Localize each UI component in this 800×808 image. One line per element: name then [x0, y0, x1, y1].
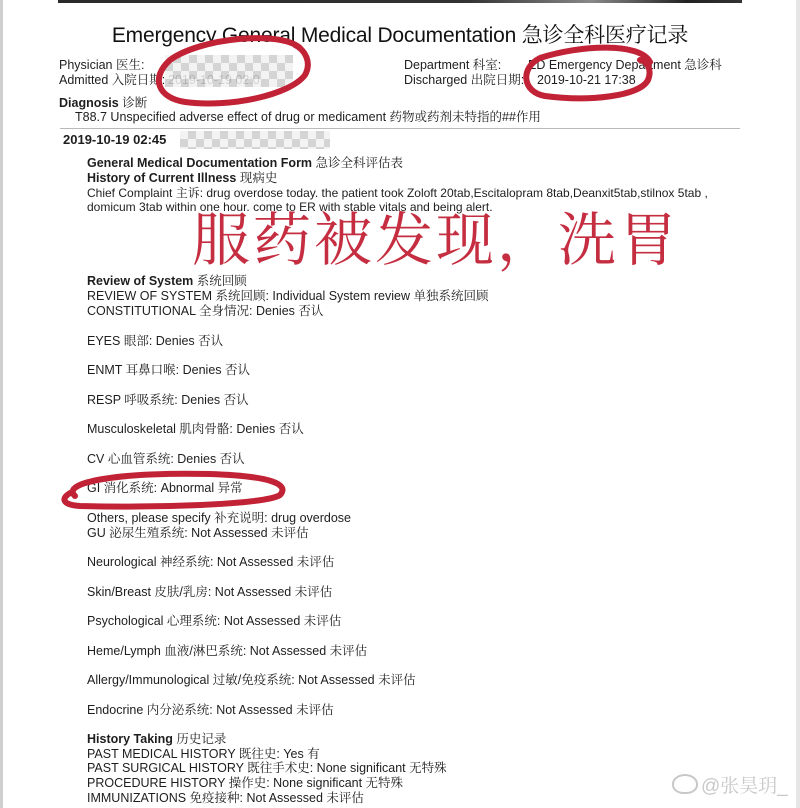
red-circle-marks	[0, 0, 800, 808]
weibo-watermark: @张昊玥_	[672, 771, 788, 798]
circle-discharged	[526, 48, 650, 99]
circle-admitted	[159, 38, 308, 103]
weibo-icon	[672, 774, 698, 794]
circle-gi-abnormal	[64, 474, 282, 507]
